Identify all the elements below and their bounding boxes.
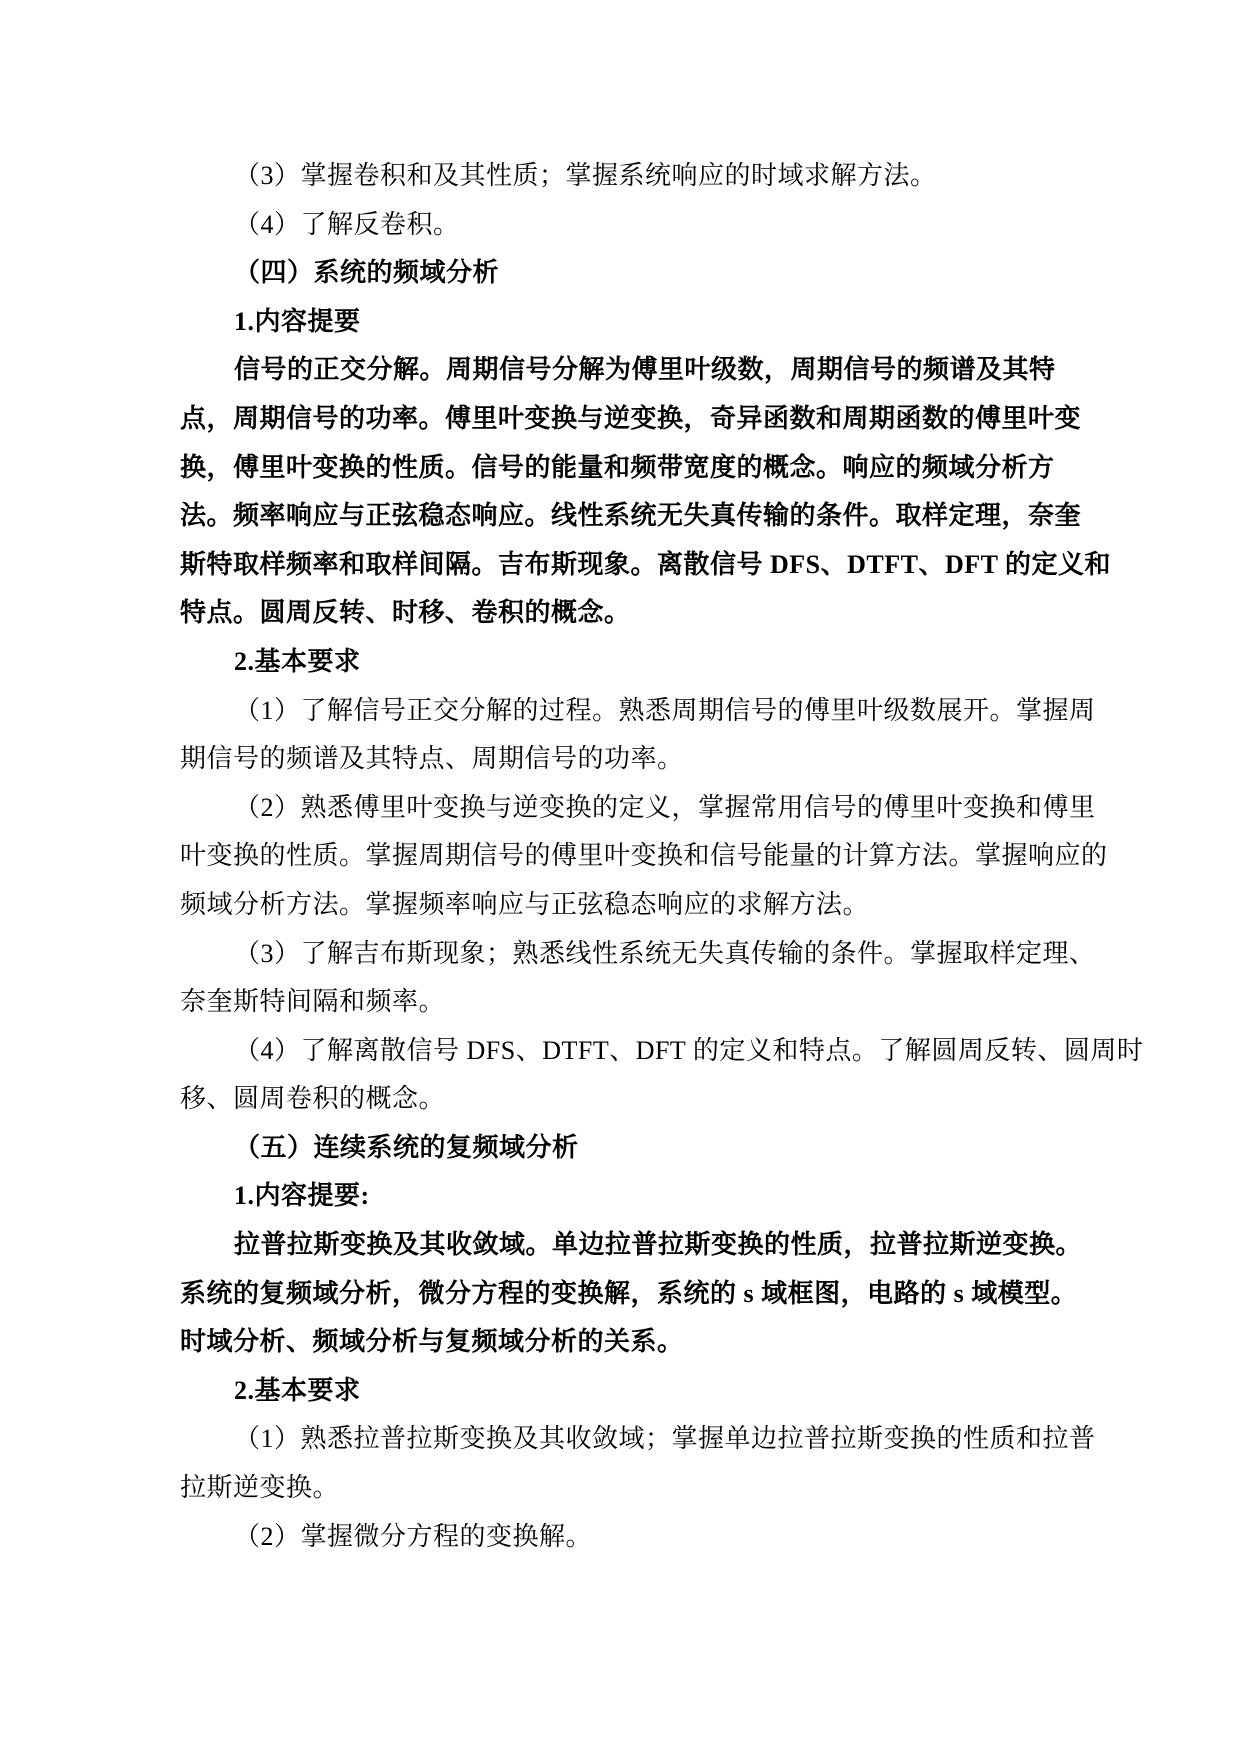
- requirement-item-2: （2）掌握微分方程的变换解。: [180, 1513, 1086, 1562]
- content-summary-line: 系统的复频域分析，微分方程的变换解，系统的 s 域框图，电路的 s 域模型。: [180, 1270, 1086, 1319]
- requirement-item-2: （2）熟悉傅里叶变换与逆变换的定义，掌握常用信号的傅里叶变换和傅里: [180, 784, 1086, 833]
- requirement-item-4: （4）了解反卷积。: [180, 201, 1086, 250]
- requirement-item-3-continuation: 奈奎斯特间隔和频率。: [180, 978, 1086, 1027]
- requirement-item-2-continuation: 频域分析方法。掌握频率响应与正弦稳态响应的求解方法。: [180, 881, 1086, 930]
- subsection-heading-content-summary: 1.内容提要:: [180, 1172, 1086, 1221]
- subsection-heading-content-summary: 1.内容提要: [180, 298, 1086, 347]
- requirement-item-1: （1）了解信号正交分解的过程。熟悉周期信号的傅里叶级数展开。掌握周: [180, 687, 1086, 736]
- requirement-item-4: （4）了解离散信号 DFS、DTFT、DFT 的定义和特点。了解圆周反转、圆周时: [180, 1027, 1086, 1076]
- content-summary-line: 信号的正交分解。周期信号分解为傅里叶级数，周期信号的频谱及其特: [180, 346, 1086, 395]
- requirement-item-4-continuation: 移、圆周卷积的概念。: [180, 1075, 1086, 1124]
- content-summary-line: 点，周期信号的功率。傅里叶变换与逆变换，奇异函数和周期函数的傅里叶变: [180, 395, 1086, 444]
- document-text-block: （3）掌握卷积和及其性质；掌握系统响应的时域求解方法。 （4）了解反卷积。 （四…: [180, 152, 1086, 1561]
- content-summary-line: 特点。圆周反转、时移、卷积的概念。: [180, 589, 1086, 638]
- content-summary-line: 法。频率响应与正弦稳态响应。线性系统无失真传输的条件。取样定理，奈奎: [180, 492, 1086, 541]
- content-summary-line: 斯特取样频率和取样间隔。吉布斯现象。离散信号 DFS、DTFT、DFT 的定义和: [180, 541, 1086, 590]
- requirement-item-1: （1）熟悉拉普拉斯变换及其收敛域；掌握单边拉普拉斯变换的性质和拉普: [180, 1415, 1086, 1464]
- subsection-heading-basic-requirements: 2.基本要求: [180, 1367, 1086, 1416]
- document-page: （3）掌握卷积和及其性质；掌握系统响应的时域求解方法。 （4）了解反卷积。 （四…: [0, 0, 1240, 1754]
- section-heading-four: （四）系统的频域分析: [180, 249, 1086, 298]
- section-heading-five: （五）连续系统的复频域分析: [180, 1124, 1086, 1173]
- requirement-item-1-continuation: 期信号的频谱及其特点、周期信号的功率。: [180, 735, 1086, 784]
- requirement-item-3: （3）掌握卷积和及其性质；掌握系统响应的时域求解方法。: [180, 152, 1086, 201]
- requirement-item-1-continuation: 拉斯逆变换。: [180, 1464, 1086, 1513]
- content-summary-line: 换，傅里叶变换的性质。信号的能量和频带宽度的概念。响应的频域分析方: [180, 444, 1086, 493]
- content-summary-line: 时域分析、频域分析与复频域分析的关系。: [180, 1318, 1086, 1367]
- content-summary-line: 拉普拉斯变换及其收敛域。单边拉普拉斯变换的性质，拉普拉斯逆变换。: [180, 1221, 1086, 1270]
- subsection-heading-basic-requirements: 2.基本要求: [180, 638, 1086, 687]
- requirement-item-3: （3）了解吉布斯现象；熟悉线性系统无失真传输的条件。掌握取样定理、: [180, 930, 1086, 979]
- requirement-item-2-continuation: 叶变换的性质。掌握周期信号的傅里叶变换和信号能量的计算方法。掌握响应的: [180, 832, 1086, 881]
